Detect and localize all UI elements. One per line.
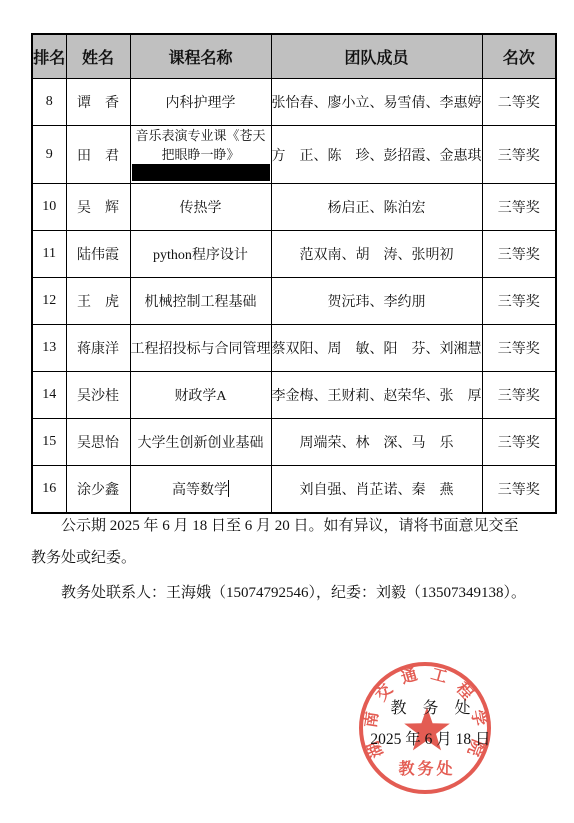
rank-value: 15 xyxy=(42,434,56,449)
table-row: 16 涂少鑫 高等数学 刘自强、肖芷诺、秦 燕 三等奖 xyxy=(32,466,556,513)
rank-value: 13 xyxy=(42,340,56,355)
name-cell[interactable]: 谭 香 xyxy=(66,79,130,126)
name-cell[interactable]: 蒋康洋 xyxy=(66,325,130,372)
rank-value: 8 xyxy=(46,94,53,109)
members-cell[interactable]: 贺沅玮、李约朋 xyxy=(271,278,482,325)
header-members[interactable]: 团队成员 xyxy=(271,34,482,79)
table-row: 11 陆伟霞 python程序设计 范双南、胡 涛、张明初 三等奖 xyxy=(32,231,556,278)
course-value: python程序设计 xyxy=(153,248,248,263)
members-value: 范双南、胡 涛、张明初 xyxy=(300,248,454,263)
name-value: 蒋康洋 xyxy=(77,342,119,357)
name-value: 吴沙桂 xyxy=(77,389,119,404)
course-value: 机械控制工程基础 xyxy=(145,295,257,310)
course-cell[interactable]: 高等数学 xyxy=(130,466,271,513)
award-value: 三等奖 xyxy=(498,342,540,357)
award-value: 三等奖 xyxy=(498,149,540,164)
award-value: 三等奖 xyxy=(498,201,540,216)
award-value: 三等奖 xyxy=(498,436,540,451)
table-row: 12 王 虎 机械控制工程基础 贺沅玮、李约朋 三等奖 xyxy=(32,278,556,325)
header-name[interactable]: 姓名 xyxy=(66,34,130,79)
members-value: 杨启正、陈泊宏 xyxy=(328,201,426,216)
signature-date[interactable]: 2025 年 6 月 18 日 xyxy=(343,730,518,750)
awards-table: 排名 姓名 课程名称 团队成员 名次 8 谭 香 内科护理学 张怡春、廖小立、易… xyxy=(31,33,557,514)
seal-department-text: 教务处 xyxy=(398,759,455,778)
rank-cell[interactable]: 15 xyxy=(32,419,66,466)
award-value: 三等奖 xyxy=(498,389,540,404)
rank-cell[interactable]: 10 xyxy=(32,184,66,231)
members-value: 方 正、陈 珍、彭招霞、金惠琪 xyxy=(272,149,482,164)
award-cell[interactable]: 三等奖 xyxy=(482,466,556,513)
members-cell[interactable]: 方 正、陈 珍、彭招霞、金惠琪 xyxy=(271,126,482,184)
name-cell[interactable]: 吴沙桂 xyxy=(66,372,130,419)
members-cell[interactable]: 范双南、胡 涛、张明初 xyxy=(271,231,482,278)
award-cell[interactable]: 三等奖 xyxy=(482,278,556,325)
header-rank[interactable]: 排名 xyxy=(32,34,66,79)
name-value: 陆伟霞 xyxy=(77,248,119,263)
name-cell[interactable]: 吴思怡 xyxy=(66,419,130,466)
award-cell[interactable]: 三等奖 xyxy=(482,372,556,419)
name-cell[interactable]: 田 君 xyxy=(66,126,130,184)
rank-value: 14 xyxy=(42,387,56,402)
rank-value: 12 xyxy=(42,293,56,308)
award-cell[interactable]: 三等奖 xyxy=(482,184,556,231)
course-cell[interactable]: 机械控制工程基础 xyxy=(130,278,271,325)
table-row: 13 蒋康洋 工程招投标与合同管理 蔡双阳、周 敏、阳 芬、刘湘慧 三等奖 xyxy=(32,325,556,372)
course-value: 音乐表演专业课《苍天把眼睁一睁》 xyxy=(132,126,270,164)
name-value: 吴 辉 xyxy=(77,201,119,216)
name-value: 谭 香 xyxy=(77,96,119,111)
rank-value: 9 xyxy=(46,147,53,162)
award-cell[interactable]: 三等奖 xyxy=(482,231,556,278)
name-value: 王 虎 xyxy=(77,295,119,310)
results-table-body: 8 谭 香 内科护理学 张怡春、廖小立、易雪倩、李惠婷 二等奖 9 田 君 音乐… xyxy=(32,79,556,513)
header-row: 排名 姓名 课程名称 团队成员 名次 xyxy=(32,34,556,79)
awards-table-header: 排名 姓名 课程名称 团队成员 名次 xyxy=(32,34,556,79)
name-value: 涂少鑫 xyxy=(77,483,119,498)
members-value: 周端荣、林 深、马 乐 xyxy=(300,436,454,451)
course-value: 内科护理学 xyxy=(166,96,236,111)
notice-paragraph2[interactable]: 教务处联系人：王海娥（15074792546），纪委：刘毅（1350734913… xyxy=(31,577,571,609)
rank-cell[interactable]: 9 xyxy=(32,126,66,184)
course-cell[interactable]: 工程招投标与合同管理 xyxy=(130,325,271,372)
rank-cell[interactable]: 16 xyxy=(32,466,66,513)
rank-cell[interactable]: 14 xyxy=(32,372,66,419)
header-award[interactable]: 名次 xyxy=(482,34,556,79)
rank-value: 16 xyxy=(42,481,56,496)
document-page: 排名 姓名 课程名称 团队成员 名次 8 谭 香 内科护理学 张怡春、廖小立、易… xyxy=(0,0,574,823)
signature-department[interactable]: 教 务 处 xyxy=(343,699,518,719)
name-value: 吴思怡 xyxy=(77,436,119,451)
name-cell[interactable]: 吴 辉 xyxy=(66,184,130,231)
course-value: 工程招投标与合同管理 xyxy=(131,342,271,357)
rank-cell[interactable]: 12 xyxy=(32,278,66,325)
header-course[interactable]: 课程名称 xyxy=(130,34,271,79)
members-value: 贺沅玮、李约朋 xyxy=(328,295,426,310)
rank-value: 11 xyxy=(43,246,56,261)
members-cell[interactable]: 杨启正、陈泊宏 xyxy=(271,184,482,231)
notice-paragraph1-line2[interactable]: 教务处或纪委。 xyxy=(31,542,571,574)
members-value: 张怡春、廖小立、易雪倩、李惠婷 xyxy=(272,96,482,111)
course-value: 高等数学 xyxy=(172,483,228,498)
name-cell[interactable]: 陆伟霞 xyxy=(66,231,130,278)
course-cell[interactable]: python程序设计 xyxy=(130,231,271,278)
award-cell[interactable]: 三等奖 xyxy=(482,126,556,184)
text-cursor xyxy=(228,480,229,497)
members-value: 刘自强、肖芷诺、秦 燕 xyxy=(300,483,454,498)
members-value: 李金梅、王财莉、赵荣华、张 厚 xyxy=(272,389,482,404)
members-cell[interactable]: 刘自强、肖芷诺、秦 燕 xyxy=(271,466,482,513)
members-cell[interactable]: 张怡春、廖小立、易雪倩、李惠婷 xyxy=(271,79,482,126)
course-cell[interactable]: 音乐表演专业课《苍天把眼睁一睁》 xyxy=(130,126,271,184)
table-row: 9 田 君 音乐表演专业课《苍天把眼睁一睁》 方 正、陈 珍、彭招霞、金惠琪 三… xyxy=(32,126,556,184)
name-cell[interactable]: 涂少鑫 xyxy=(66,466,130,513)
course-cell[interactable]: 财政学A xyxy=(130,372,271,419)
rank-cell[interactable]: 8 xyxy=(32,79,66,126)
text-cursor xyxy=(132,164,270,181)
award-value: 三等奖 xyxy=(498,295,540,310)
notice-paragraph1-line1[interactable]: 公示期 2025 年 6 月 18 日至 6 月 20 日。如有异议，请将书面意… xyxy=(31,510,571,542)
award-cell[interactable]: 三等奖 xyxy=(482,419,556,466)
members-value: 蔡双阳、周 敏、阳 芬、刘湘慧 xyxy=(272,342,482,357)
award-value: 三等奖 xyxy=(498,483,540,498)
course-cell[interactable]: 大学生创新创业基础 xyxy=(130,419,271,466)
members-cell[interactable]: 蔡双阳、周 敏、阳 芬、刘湘慧 xyxy=(271,325,482,372)
course-value: 大学生创新创业基础 xyxy=(138,436,264,451)
award-value: 二等奖 xyxy=(498,96,540,111)
course-cell[interactable]: 内科护理学 xyxy=(130,79,271,126)
course-value: 传热学 xyxy=(180,201,222,216)
members-cell[interactable]: 李金梅、王财莉、赵荣华、张 厚 xyxy=(271,372,482,419)
rank-cell[interactable]: 13 xyxy=(32,325,66,372)
name-value: 田 君 xyxy=(77,149,119,164)
signature-block: 教 务 处 2025 年 6 月 18 日 xyxy=(343,699,518,750)
rank-value: 10 xyxy=(42,199,56,214)
table-row: 10 吴 辉 传热学 杨启正、陈泊宏 三等奖 xyxy=(32,184,556,231)
course-cell[interactable]: 传热学 xyxy=(130,184,271,231)
course-value: 财政学A xyxy=(174,389,226,404)
award-cell[interactable]: 二等奖 xyxy=(482,79,556,126)
rank-cell[interactable]: 11 xyxy=(32,231,66,278)
table-row: 8 谭 香 内科护理学 张怡春、廖小立、易雪倩、李惠婷 二等奖 xyxy=(32,79,556,126)
name-cell[interactable]: 王 虎 xyxy=(66,278,130,325)
award-value: 三等奖 xyxy=(498,248,540,263)
table-row: 14 吴沙桂 财政学A 李金梅、王财莉、赵荣华、张 厚 三等奖 xyxy=(32,372,556,419)
notice-text-block: 公示期 2025 年 6 月 18 日至 6 月 20 日。如有异议，请将书面意… xyxy=(31,510,571,609)
award-cell[interactable]: 三等奖 xyxy=(482,325,556,372)
table-row: 15 吴思怡 大学生创新创业基础 周端荣、林 深、马 乐 三等奖 xyxy=(32,419,556,466)
members-cell[interactable]: 周端荣、林 深、马 乐 xyxy=(271,419,482,466)
